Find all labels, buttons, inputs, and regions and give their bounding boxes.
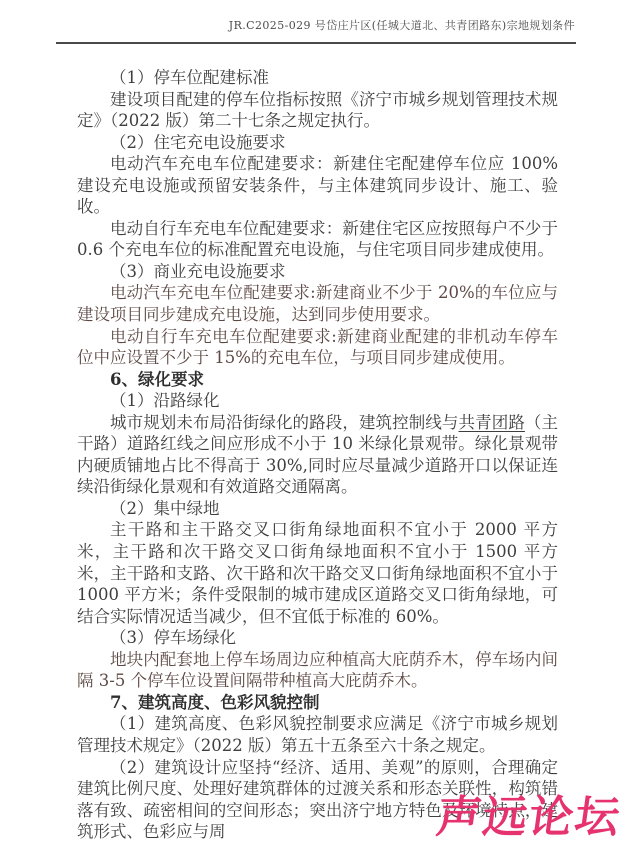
page-number: 1 (311, 805, 319, 819)
paragraph: 地块内配套地上停车场周边应种植高大庇荫乔木，停车场内间隔 3-5 个停车位设置间… (77, 649, 558, 692)
paragraph: 电动汽车充电车位配建要求:新建商业不少于 20%的车位应与建设项目同步建成充电设… (77, 282, 558, 325)
paragraph: 城市规划未布局沿街绿化的路段，建筑控制线与共青团路（主干路）道路红线之间应形成不… (77, 412, 558, 498)
section-heading: 6、绿化要求 (77, 369, 558, 391)
underlined-road-name: 共青团路 (459, 413, 525, 432)
paragraph: 电动自行车充电车位配建要求:新建商业配建的非机动车停车位中应设置不少于 15%的… (77, 326, 558, 369)
paragraph: （1）停车位配建标准 (77, 67, 558, 89)
text-run: 城市规划未布局沿街绿化的路段，建筑控制线与 (110, 413, 459, 432)
paragraph: （2）集中绿地 (77, 498, 558, 520)
paragraph: 电动汽车充电车位配建要求：新建住宅配建停车位应 100%建设充电设施或预留安装条… (77, 153, 558, 218)
paragraph: 建设项目配建的停车位指标按照《济宁市城乡规划管理技术规定》（2022 版）第二十… (77, 89, 558, 132)
paragraph: （1）建筑高度、色彩风貌控制要求应满足《济宁市城乡规划管理技术规定》（2022 … (77, 713, 558, 756)
paragraph: （1）沿路绿化 (77, 390, 558, 412)
document-page: { "page": { "header": { "title": "JR.C20… (0, 0, 629, 849)
document-body: （1）停车位配建标准建设项目配建的停车位指标按照《济宁市城乡规划管理技术规定》（… (77, 67, 558, 843)
paragraph: （3）停车场绿化 (77, 627, 558, 649)
paragraph: 主干路和主干路交叉口街角绿地面积不宜小于 2000 平方米，主干路和次干路交叉口… (77, 519, 558, 627)
header-rule (56, 42, 576, 44)
paragraph: （3）商业充电设施要求 (77, 261, 558, 283)
page-header-title: JR.C2025-029 号岱庄片区(任城大道北、共青团路东)宗地规划条件 (229, 17, 575, 33)
paragraph: 电动自行车充电车位配建要求：新建住宅区应按照每户不少于 0.6 个充电车位的标准… (77, 218, 558, 261)
paragraph: （2）住宅充电设施要求 (77, 132, 558, 154)
section-heading: 7、建筑高度、色彩风貌控制 (77, 692, 558, 714)
watermark-logo: 声远论坛 (434, 796, 624, 840)
